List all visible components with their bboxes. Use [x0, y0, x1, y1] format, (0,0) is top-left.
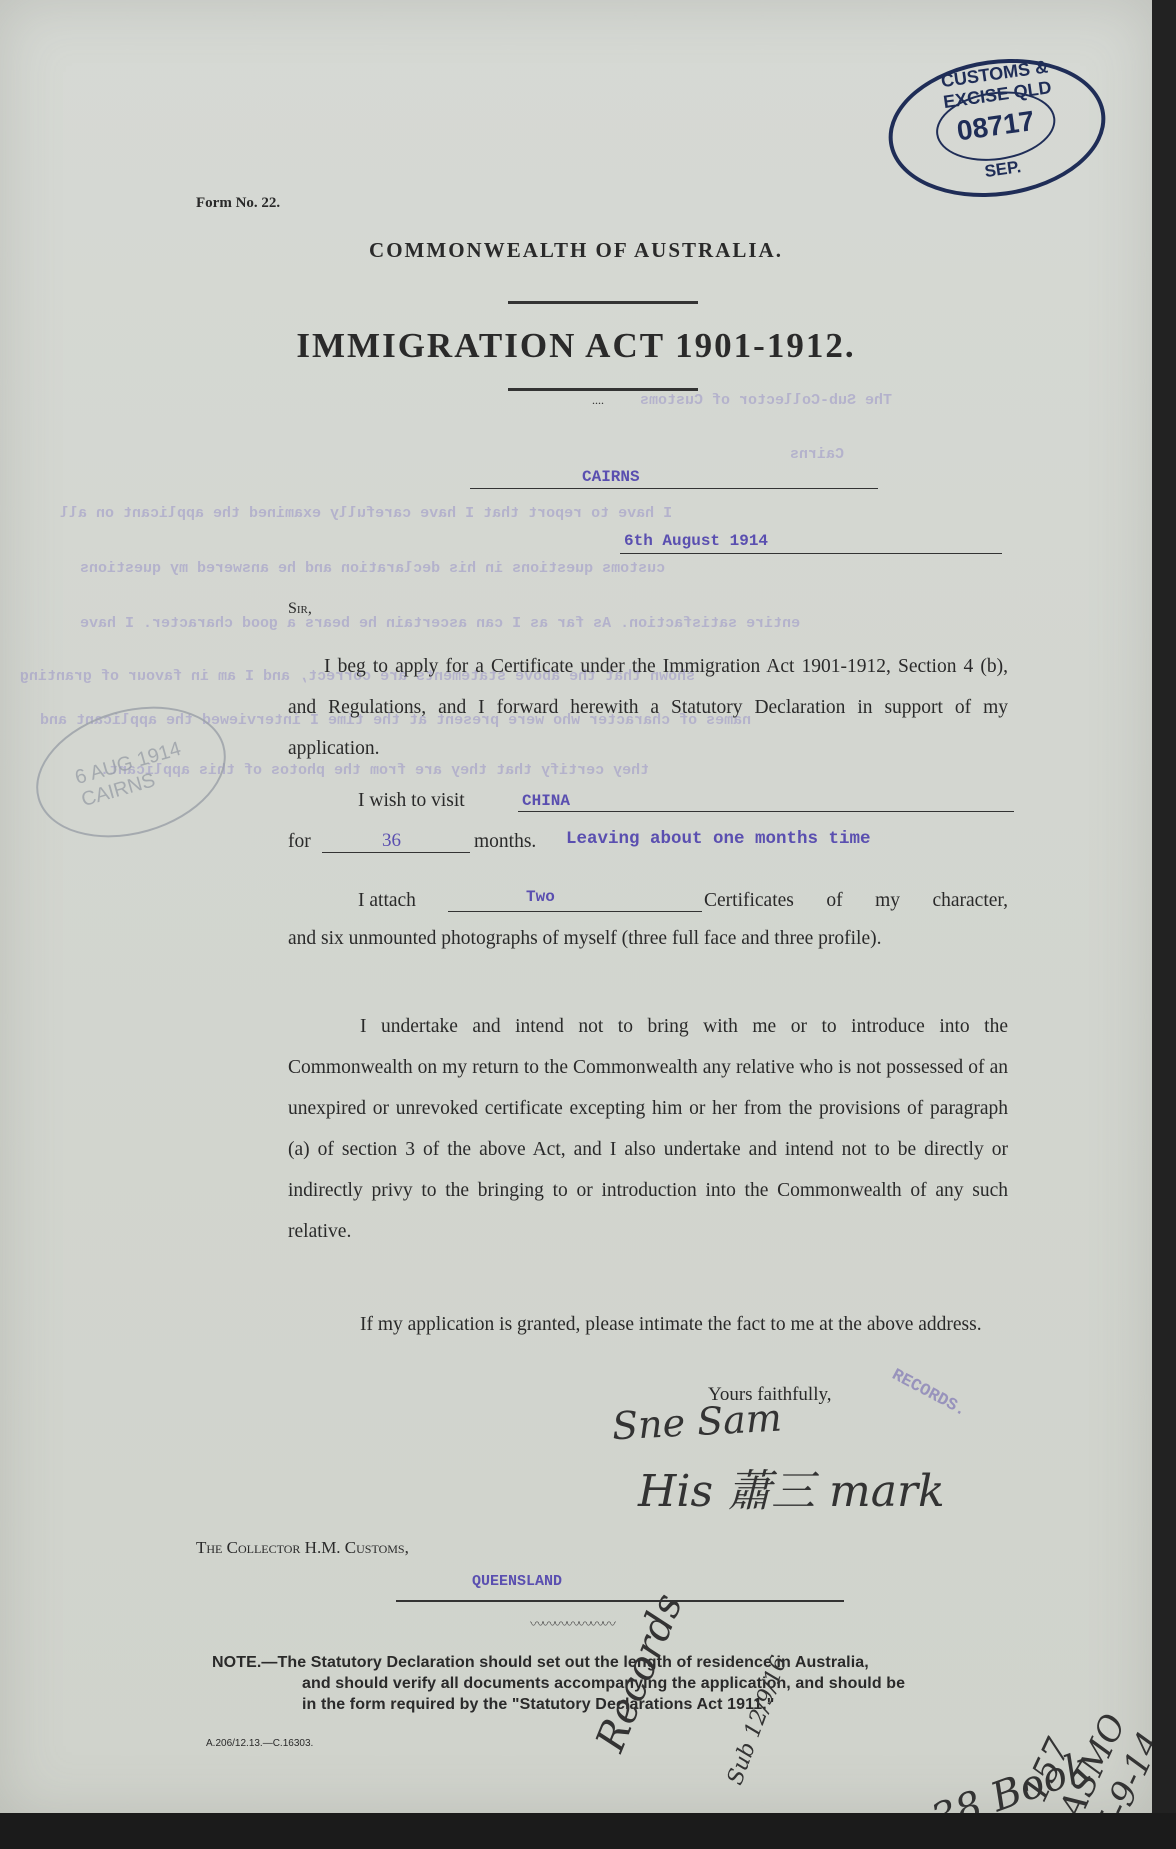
wave-ornament: 〰〰〰〰〰〰〰: [530, 1614, 614, 1634]
visit-field-line: [518, 811, 1014, 812]
customs-stamp: CUSTOMS & EXCISE QLD 08717 SEP.: [880, 45, 1115, 210]
place-field: CAIRNS: [582, 468, 640, 486]
records-stamp: RECORDS.: [888, 1366, 969, 1421]
photos-paragraph: and six unmounted photographs of myself …: [288, 918, 1008, 959]
undertake-paragraph: I undertake and intend not to bring with…: [288, 1006, 1008, 1252]
addressee-line: [396, 1600, 844, 1602]
scan-edge-right: [1152, 0, 1176, 1849]
attach-field-line: [448, 911, 702, 912]
bleed-through-text: I have to report that I have carefully e…: [60, 505, 672, 522]
attach-suffix: Certificates of my character,: [704, 890, 1008, 912]
attach-label: I attach: [358, 890, 416, 912]
months-label: months.: [474, 831, 536, 853]
addressee-state: QUEENSLAND: [472, 1573, 562, 1590]
visit-label: I wish to visit: [358, 790, 465, 812]
act-title: IMMIGRATION ACT 1901-1912.: [0, 326, 1152, 366]
date-field: 6th August 1914: [624, 532, 768, 550]
bleed-through-text: customs questions in his declaration and…: [80, 560, 665, 577]
divider: [508, 301, 698, 304]
divider: [508, 388, 698, 391]
addressee-title: The Collector H.M. Customs,: [196, 1538, 409, 1558]
salutation: Sir,: [288, 600, 312, 618]
granted-paragraph: If my application is granted, please int…: [288, 1304, 1008, 1345]
date-stamp-text: 6 AUG 1914 CAIRNS: [73, 727, 230, 813]
print-code: A.206/12.13.—C.16303.: [206, 1738, 313, 1749]
visit-field: CHINA: [522, 792, 570, 810]
bleed-through-text: The Sub-Collector of Customs: [640, 392, 892, 409]
dots-ornament: ....: [592, 393, 604, 408]
bleed-through-text: Cairns: [790, 446, 844, 463]
date-field-line: [620, 553, 1002, 554]
country-heading: COMMONWEALTH OF AUSTRALIA.: [0, 238, 1152, 263]
apply-paragraph: I beg to apply for a Certificate under t…: [288, 646, 1008, 769]
scan-edge-bottom: [0, 1813, 1176, 1849]
bleed-through-text: entire satisfaction. As far as I can asc…: [80, 615, 800, 632]
place-field-line: [470, 488, 878, 489]
for-label: for: [288, 831, 311, 853]
signature-name: Sne Sam: [611, 1396, 783, 1449]
signature-mark: His 蕭三 mark: [638, 1455, 945, 1519]
document-page: The Sub-Collector of Customs Cairns I ha…: [0, 0, 1152, 1818]
duration-field: 36: [382, 830, 401, 852]
form-number: Form No. 22.: [196, 195, 280, 212]
attach-field: Two: [526, 888, 555, 906]
duration-field-line: [322, 852, 470, 853]
departure-note: Leaving about one months time: [566, 829, 871, 849]
